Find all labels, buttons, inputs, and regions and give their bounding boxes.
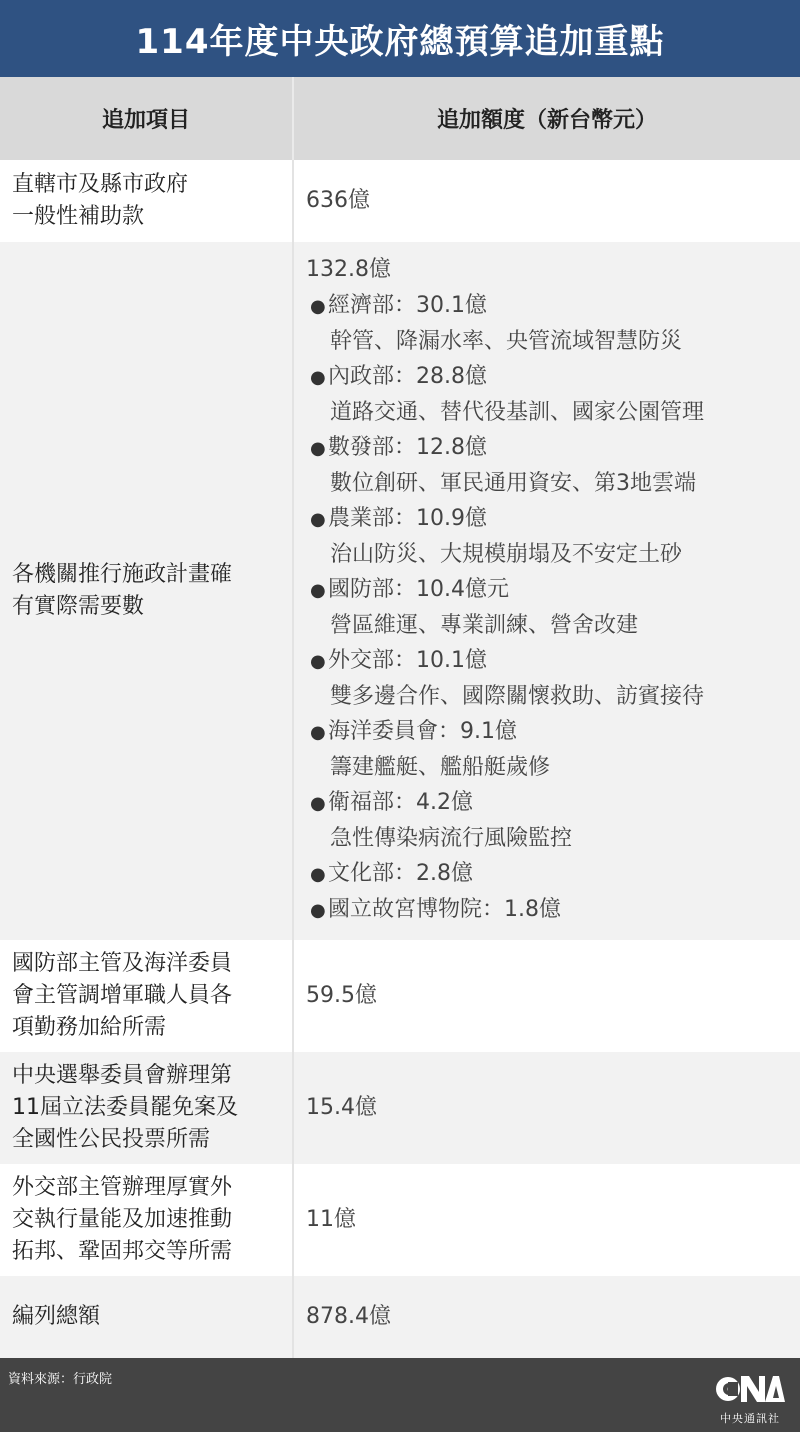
- dept-description: 急性傳染病流行風險監控: [306, 821, 788, 856]
- breakdown-item: ●國立故宮博物院：1.8億: [306, 892, 788, 928]
- dept-amount: 衛福部：4.2億: [328, 785, 788, 820]
- dept-description: 籌建艦艇、艦船艇歲修: [306, 750, 788, 785]
- total-row: 編列總額 878.4億: [0, 1276, 800, 1358]
- item-line: 會主管調增軍職人員各: [12, 980, 280, 1012]
- item-line: 拓邦、鞏固邦交等所需: [12, 1236, 280, 1268]
- table-row: 中央選舉委員會辦理第 11屆立法委員罷免案及 全國性公民投票所需 15.4億: [0, 1052, 800, 1164]
- dept-amount: 國防部：10.4億元: [328, 572, 788, 607]
- dept-amount: 國立故宮博物院：1.8億: [328, 892, 788, 927]
- amount-cell: 59.5億: [293, 940, 800, 1052]
- bullet-icon: ●: [306, 786, 328, 821]
- breakdown-item: ●外交部：10.1億: [306, 643, 788, 679]
- amount-cell: 15.4億: [293, 1052, 800, 1164]
- bullet-icon: ●: [306, 715, 328, 750]
- item-cell: 國防部主管及海洋委員 會主管調增軍職人員各 項勤務加給所需: [0, 940, 293, 1052]
- item-line: 直轄市及縣市政府: [12, 169, 280, 201]
- item-line: 全國性公民投票所需: [12, 1124, 280, 1156]
- amount-cell: 636億: [293, 160, 800, 242]
- budget-table: 追加項目 追加額度（新台幣元） 直轄市及縣市政府 一般性補助款 636億 各機關…: [0, 77, 800, 1358]
- breakdown-item: ●海洋委員會：9.1億: [306, 714, 788, 750]
- breakdown-item: ●農業部：10.9億: [306, 501, 788, 537]
- dept-description: 道路交通、替代役基訓、國家公園管理: [306, 395, 788, 430]
- table-row: 直轄市及縣市政府 一般性補助款 636億: [0, 160, 800, 242]
- item-cell: 直轄市及縣市政府 一般性補助款: [0, 160, 293, 242]
- item-line: 有實際需要數: [12, 591, 280, 623]
- dept-description: 治山防災、大規模崩塌及不安定土砂: [306, 537, 788, 572]
- breakdown-item: ●衛福部：4.2億: [306, 785, 788, 821]
- dept-amount: 農業部：10.9億: [328, 501, 788, 536]
- item-line: 一般性補助款: [12, 201, 280, 233]
- column-header-item: 追加項目: [0, 77, 293, 160]
- item-line: 中央選舉委員會辦理第: [12, 1060, 280, 1092]
- source-note: 資料來源：行政院: [8, 1368, 112, 1387]
- cna-logo-icon: [715, 1370, 785, 1408]
- dept-amount: 海洋委員會：9.1億: [328, 714, 788, 749]
- item-line: 外交部主管辦理厚實外: [12, 1172, 280, 1204]
- item-line: 11屆立法委員罷免案及: [12, 1092, 280, 1124]
- bullet-icon: ●: [306, 502, 328, 537]
- dept-description: 營區維運、專業訓練、營舍改建: [306, 608, 788, 643]
- page-title: 114年度中央政府總預算追加重點: [0, 0, 800, 77]
- item-line: 國防部主管及海洋委員: [12, 948, 280, 980]
- dept-description: 雙多邊合作、國際關懷救助、訪賓接待: [306, 679, 788, 714]
- table-header-row: 追加項目 追加額度（新台幣元）: [0, 77, 800, 160]
- total-amount: 878.4億: [293, 1276, 800, 1358]
- bullet-icon: ●: [306, 857, 328, 892]
- column-header-amount: 追加額度（新台幣元）: [293, 77, 800, 160]
- dept-description: 數位創研、軍民通用資安、第3地雲端: [306, 466, 788, 501]
- bullet-icon: ●: [306, 360, 328, 395]
- breakdown-list: ●經濟部：30.1億 幹管、降漏水率、央管流域智慧防災 ●內政部：28.8億 道…: [306, 288, 788, 928]
- amount-cell: 132.8億 ●經濟部：30.1億 幹管、降漏水率、央管流域智慧防災 ●內政部：…: [293, 242, 800, 940]
- dept-amount: 數發部：12.8億: [328, 430, 788, 465]
- breakdown-item: ●數發部：12.8億: [306, 430, 788, 466]
- amount-cell: 11億: [293, 1164, 800, 1276]
- bullet-icon: ●: [306, 573, 328, 608]
- breakdown-item: ●內政部：28.8億: [306, 359, 788, 395]
- dept-description: 幹管、降漏水率、央管流域智慧防災: [306, 324, 788, 359]
- item-cell: 外交部主管辦理厚實外 交執行量能及加速推動 拓邦、鞏固邦交等所需: [0, 1164, 293, 1276]
- item-cell: 中央選舉委員會辦理第 11屆立法委員罷免案及 全國性公民投票所需: [0, 1052, 293, 1164]
- item-line: 項勤務加給所需: [12, 1012, 280, 1044]
- table-row: 國防部主管及海洋委員 會主管調增軍職人員各 項勤務加給所需 59.5億: [0, 940, 800, 1052]
- bullet-icon: ●: [306, 644, 328, 679]
- item-cell: 各機關推行施政計畫確 有實際需要數: [0, 242, 293, 940]
- table-row: 各機關推行施政計畫確 有實際需要數 132.8億 ●經濟部：30.1億 幹管、降…: [0, 242, 800, 940]
- footer: 資料來源：行政院 中央通訊社: [0, 1358, 800, 1432]
- dept-amount: 內政部：28.8億: [328, 359, 788, 394]
- dept-amount: 文化部：2.8億: [328, 856, 788, 891]
- logo-text: 中央通訊社: [720, 1410, 780, 1426]
- dept-amount: 經濟部：30.1億: [328, 288, 788, 323]
- breakdown-item: ●國防部：10.4億元: [306, 572, 788, 608]
- breakdown-item: ●經濟部：30.1億: [306, 288, 788, 324]
- cna-logo: 中央通訊社: [714, 1370, 786, 1426]
- dept-amount: 外交部：10.1億: [328, 643, 788, 678]
- total-label: 編列總額: [0, 1276, 293, 1358]
- item-line: 交執行量能及加速推動: [12, 1204, 280, 1236]
- bullet-icon: ●: [306, 431, 328, 466]
- item-line: 各機關推行施政計畫確: [12, 559, 280, 591]
- breakdown-item: ●文化部：2.8億: [306, 856, 788, 892]
- bullet-icon: ●: [306, 893, 328, 928]
- amount-total: 132.8億: [306, 254, 788, 286]
- bullet-icon: ●: [306, 289, 328, 324]
- table-row: 外交部主管辦理厚實外 交執行量能及加速推動 拓邦、鞏固邦交等所需 11億: [0, 1164, 800, 1276]
